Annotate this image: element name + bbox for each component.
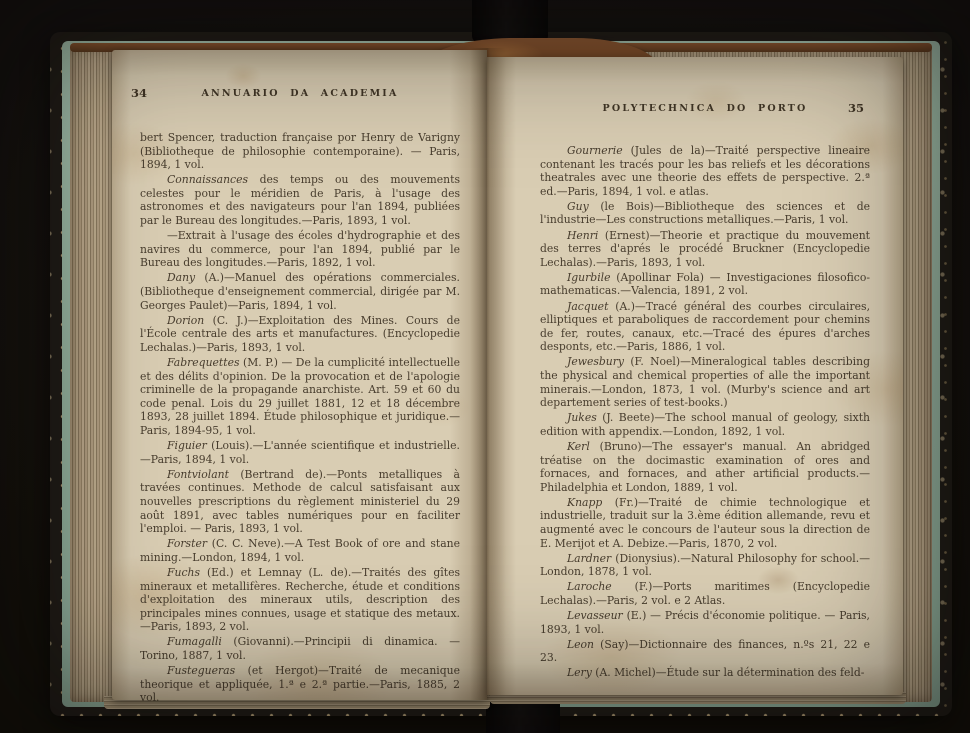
running-header-right: POLYTECHNICA DO PORTO xyxy=(540,103,870,114)
bibliography-entry: Dorion (C. J.)—Exploitation des Mines. C… xyxy=(140,314,460,355)
bibliography-entry: Henri (Ernest)—Theorie et practique du m… xyxy=(540,229,870,270)
page-header-left: 34 ANNUARIO DA ACADEMIA xyxy=(140,88,460,101)
entry-author-name: Fabrequettes xyxy=(167,356,240,369)
entry-author-name: Guy xyxy=(567,200,589,213)
entry-author-name: Kerl xyxy=(567,440,590,453)
entry-author-name: Lery xyxy=(567,666,592,679)
bibliography-entry: Laroche (F.)—Ports maritimes (Encycloped… xyxy=(540,580,870,607)
page-number-left: 34 xyxy=(131,86,147,100)
bibliography-entry: Dany (A.)—Manuel des opérations commerci… xyxy=(140,271,460,312)
bibliography-entry: Fustegueras (et Hergot)—Traité de mecani… xyxy=(140,664,460,705)
bibliography-entry: Lardner (Dionysius).—Natural Philosophy … xyxy=(540,552,870,579)
page-number-right: 35 xyxy=(848,101,864,115)
bibliography-entry: Figuier (Louis).—L'année scientifique et… xyxy=(140,439,460,466)
bibliography-entry: Jacquet (A.)—Tracé général des courbes c… xyxy=(540,300,870,354)
entry-author-name: Laroche xyxy=(567,580,612,593)
entry-author-name: Fumagalli xyxy=(167,635,222,648)
bibliography-entry: Levasseur (E.) — Précis d'économie polit… xyxy=(540,609,870,636)
running-header-left: ANNUARIO DA ACADEMIA xyxy=(140,88,460,99)
entry-author-name: Forster xyxy=(167,537,207,550)
entry-author-name: Jewesbury xyxy=(567,355,624,368)
bibliography-entry: Lery (A. Michel)—Étude sur la déterminat… xyxy=(540,666,870,680)
bibliography-entry: Knapp (Fr.)—Traité de chimie technologiq… xyxy=(540,496,870,550)
bibliography-entry: Fabrequettes (M. P.) — De la cumplicité … xyxy=(140,356,460,438)
entry-author-name: Jukes xyxy=(567,411,597,424)
photo-background: 34 ANNUARIO DA ACADEMIA bert Spencer, tr… xyxy=(0,0,970,733)
entry-author-name: Jacquet xyxy=(567,300,608,313)
book-page-left: 34 ANNUARIO DA ACADEMIA bert Spencer, tr… xyxy=(112,50,487,700)
bibliography-entry: bert Spencer, traduction française por H… xyxy=(140,131,460,172)
entry-author-name: Dorion xyxy=(167,314,204,327)
bibliography-entry: Connaissances des temps ou des mouvement… xyxy=(140,173,460,227)
book-page-right: POLYTECHNICA DO PORTO 35 Gournerie (Jule… xyxy=(487,57,903,695)
entry-author-name: Fustegueras xyxy=(167,664,235,677)
entry-author-name: Fuchs xyxy=(167,566,200,579)
entry-author-name: Lardner xyxy=(567,552,611,565)
entry-author-name: Dany xyxy=(167,271,195,284)
bibliography-entry: Kerl (Bruno)—The essayer's manual. An ab… xyxy=(540,440,870,494)
bibliography-entry: Jewesbury (F. Noel)—Mineralogical tables… xyxy=(540,355,870,409)
page-header-right: POLYTECHNICA DO PORTO 35 xyxy=(540,103,870,116)
bibliography-entry: Leon (Say)—Dictionnaire des finances, n.… xyxy=(540,638,870,665)
book-spine-top xyxy=(472,0,548,42)
bibliography-entry: —Extrait à l'usage des écoles d'hydrogra… xyxy=(140,229,460,270)
bibliography-entry: Gournerie (Jules de la)—Traité perspecti… xyxy=(540,144,870,198)
entry-author-name: Figuier xyxy=(167,439,207,452)
entry-author-name: Henri xyxy=(567,229,598,242)
bibliography-entry: Igurbile (Apollinar Fola) — Investigacio… xyxy=(540,271,870,298)
bibliography-entry: Fontviolant (Bertrand de).—Ponts metalli… xyxy=(140,468,460,536)
entry-author-name: Fontviolant xyxy=(167,468,229,481)
entry-author-name: Igurbile xyxy=(567,271,611,284)
bibliography-entry: Forster (C. C. Neve).—A Test Book of ore… xyxy=(140,537,460,564)
entry-author-name: Connaissances xyxy=(167,173,248,186)
bibliography-entry: Fuchs (Ed.) et Lemnay (L. de).—Traités d… xyxy=(140,566,460,634)
entry-author-name: Levasseur xyxy=(567,609,623,622)
bibliography-entry: Fumagalli (Giovanni).—Principii di dinam… xyxy=(140,635,460,662)
page-text-right: Gournerie (Jules de la)—Traité perspecti… xyxy=(540,144,870,680)
page-text-left: bert Spencer, traduction française por H… xyxy=(140,131,460,705)
bibliography-entry: Jukes (J. Beete)—The school manual of ge… xyxy=(540,411,870,438)
entry-author-name: Gournerie xyxy=(567,144,623,157)
bibliography-entry: Guy (le Bois)—Bibliotheque des sciences … xyxy=(540,200,870,227)
entry-author-name: Leon xyxy=(567,638,594,651)
entry-author-name: Knapp xyxy=(567,496,602,509)
